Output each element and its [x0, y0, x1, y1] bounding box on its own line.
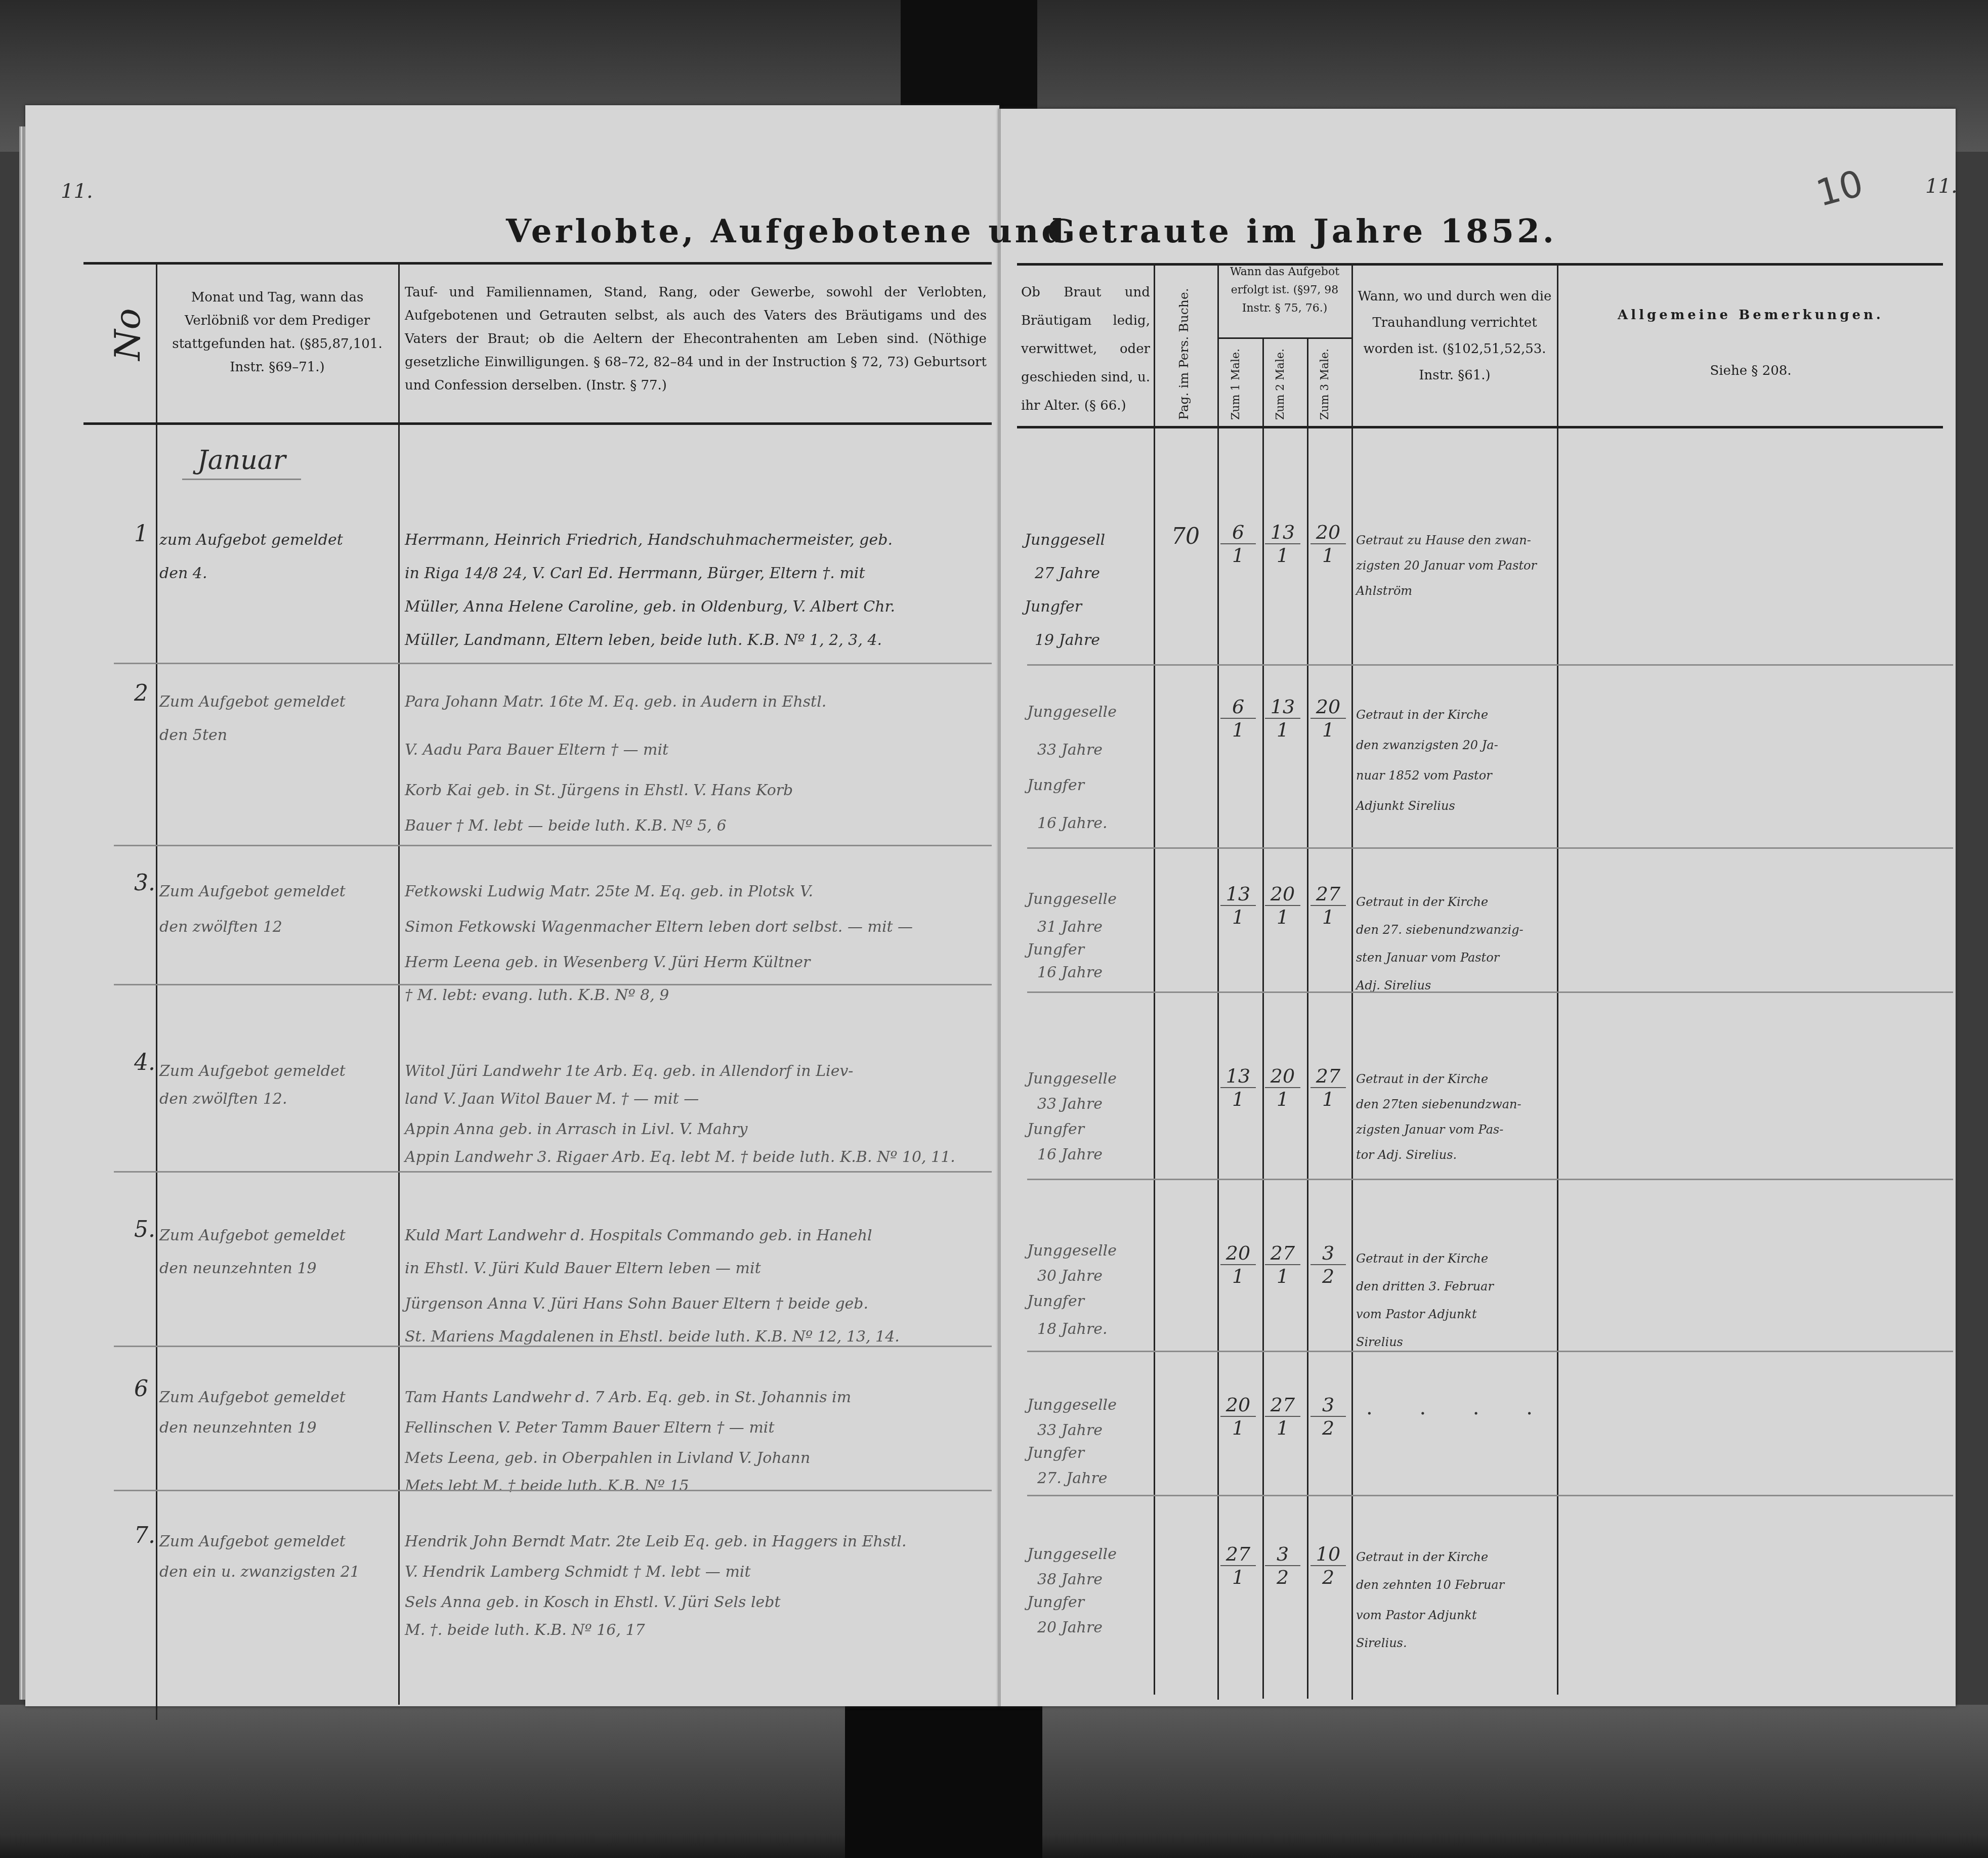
entry-names-line: St. Mariens Magdalenen in Ehstl. beide l… — [405, 1320, 900, 1354]
entry-date-line: Zum Aufgebot gemeldet — [159, 1525, 346, 1559]
header-number: No — [107, 308, 148, 360]
header-betrothal-date: Monat und Tag, wann das Verlöbniß vor de… — [161, 286, 394, 379]
entry-date-line: den 5ten — [159, 719, 227, 752]
entry-banns-3: 201 — [1310, 521, 1346, 567]
entry-date-line: den ein u. zwanzigsten 21 — [159, 1555, 360, 1589]
entry-names-line: V. Hendrik Lamberg Schmidt † M. lebt — m… — [405, 1555, 751, 1589]
entry-banns-1: 271 — [1220, 1543, 1256, 1588]
entry-names-line: Tam Hants Landwehr d. 7 Arb. Eq. geb. in… — [405, 1381, 851, 1414]
entry-names-line: Mets lebt M. † beide luth. K.B. Nº 15 — [405, 1470, 689, 1503]
entry-banns-3: 32 — [1310, 1242, 1346, 1287]
header-banns-group: Wann das Aufgebot erfolgt ist. (§97, 98 … — [1219, 263, 1350, 318]
header-banns-2: Zum 2 Male. — [1274, 349, 1287, 420]
entry-wedding: nuar 1852 vom Pastor — [1356, 759, 1492, 792]
entry-status: 27 Jahre — [1035, 557, 1100, 590]
entry-names-line: M. †. beide luth. K.B. Nº 16, 17 — [405, 1614, 645, 1647]
entry-names-line: Fetkowski Ludwig Matr. 25te M. Eq. geb. … — [405, 875, 813, 909]
book-spine-bottom — [845, 1697, 1042, 1858]
entry-names-line: Müller, Landmann, Eltern leben, beide lu… — [405, 624, 882, 657]
row-separator — [114, 984, 992, 985]
entry-names-line: Appin Landwehr 3. Rigaer Arb. Eq. lebt M… — [405, 1141, 955, 1174]
row-separator — [1027, 991, 1953, 993]
entry-wedding: tor Adj. Sirelius. — [1356, 1138, 1457, 1172]
entry-date-line: zum Aufgebot gemeldet — [159, 524, 343, 557]
entry-date-line: den zwölften 12. — [159, 1083, 287, 1116]
header-bottom-rule-left — [83, 422, 992, 425]
column-divider — [1154, 263, 1155, 1695]
entry-names-line: Kuld Mart Landwehr d. Hospitals Commando… — [405, 1219, 872, 1252]
entry-date-line: den neunzehnten 19 — [159, 1252, 317, 1285]
entry-date-line: den neunzehnten 19 — [159, 1411, 317, 1445]
entry-banns-2: 201 — [1265, 1065, 1300, 1110]
entry-number: 2 — [134, 680, 148, 706]
entry-date-line: den 4. — [159, 557, 207, 590]
entry-status: 18 Jahre. — [1037, 1313, 1108, 1346]
entry-wedding: Adjunkt Sirelius — [1356, 789, 1455, 823]
entry-status: Jungfer — [1027, 769, 1084, 802]
entry-number: 6 — [134, 1376, 148, 1402]
entry-page-ref: 70 — [1171, 524, 1200, 549]
row-separator — [114, 845, 992, 846]
page-title-left: Verlobte, Aufgebotene und — [506, 212, 1067, 250]
column-divider — [156, 263, 157, 1720]
header-page-in-register: Pag. im Pers. Buche. — [1176, 288, 1191, 420]
book-spine-top — [901, 0, 1037, 109]
entry-status: 33 Jahre — [1037, 733, 1103, 767]
entry-date-line: den zwölften 12 — [159, 911, 282, 944]
entry-date-line: Zum Aufgebot gemeldet — [159, 1381, 346, 1414]
header-top-rule-left — [83, 262, 992, 265]
entry-wedding: Getraut in der Kirche — [1356, 698, 1488, 731]
row-separator — [1027, 1179, 1953, 1180]
month-heading: Januar — [182, 445, 301, 480]
banns-group-rule — [1217, 337, 1351, 339]
entry-wedding: Adj. Sirelius — [1356, 969, 1431, 1002]
row-separator — [1027, 847, 1953, 849]
entry-names-line: in Ehstl. V. Jüri Kuld Bauer Eltern lebe… — [405, 1252, 761, 1285]
row-separator — [114, 1171, 992, 1173]
entry-banns-2: 32 — [1265, 1543, 1300, 1588]
column-divider — [1217, 263, 1219, 1700]
entry-banns-3: 32 — [1310, 1394, 1346, 1439]
entry-number: 4. — [134, 1050, 155, 1075]
entry-names-line: land V. Jaan Witol Bauer M. † — mit — — [405, 1083, 699, 1116]
entry-banns-3: 271 — [1310, 883, 1346, 928]
row-separator — [1027, 1351, 1953, 1352]
entry-status: Junggesell — [1025, 524, 1105, 557]
entry-number: 1 — [134, 521, 148, 547]
entry-status: 20 Jahre — [1037, 1611, 1103, 1645]
entry-banns-3: 271 — [1310, 1065, 1346, 1110]
entry-wedding: Sirelius. — [1356, 1626, 1407, 1660]
entry-names-line: Fellinschen V. Peter Tamm Bauer Eltern †… — [405, 1411, 775, 1445]
entry-status: 16 Jahre. — [1037, 807, 1108, 840]
entry-banns-2: 131 — [1265, 696, 1300, 741]
folio-left: 11. — [61, 180, 93, 203]
entry-banns-3: 102 — [1310, 1543, 1346, 1588]
entry-banns-1: 201 — [1220, 1242, 1256, 1287]
header-remarks-ref: Siehe § 208. — [1563, 359, 1938, 382]
header-marital-status: Ob Braut und Bräutigam ledig, verwittwet… — [1021, 278, 1150, 420]
entry-names-line: Simon Fetkowski Wagenmacher Eltern leben… — [405, 911, 913, 944]
entry-number: 7. — [134, 1523, 155, 1548]
entry-status: 19 Jahre — [1035, 624, 1100, 657]
entry-names-line: Jürgenson Anna V. Jüri Hans Sohn Bauer E… — [405, 1287, 868, 1321]
entry-banns-2: 201 — [1265, 883, 1300, 928]
entry-wedding-ditto: . . . . — [1366, 1396, 1553, 1419]
entry-names-line: Müller, Anna Helene Caroline, geb. in Ol… — [405, 590, 895, 624]
entry-wedding: den zwanzigsten 20 Ja- — [1356, 728, 1498, 762]
header-remarks: Allgemeine Bemerkungen. — [1563, 304, 1938, 327]
column-divider — [1557, 263, 1558, 1695]
header-top-rule-right — [1017, 263, 1943, 266]
entry-date-line: Zum Aufgebot gemeldet — [159, 685, 346, 719]
entry-banns-2: 271 — [1265, 1394, 1300, 1439]
entry-banns-1: 201 — [1220, 1394, 1256, 1439]
entry-names-line: Korb Kai geb. in St. Jürgens in Ehstl. V… — [405, 774, 793, 807]
entry-status: Junggeselle — [1027, 696, 1117, 729]
entry-date-line: Zum Aufgebot gemeldet — [159, 1219, 346, 1252]
entry-names-line: Herm Leena geb. in Wesenberg V. Jüri Her… — [405, 946, 810, 979]
entry-names-line: in Riga 14/8 24, V. Carl Ed. Herrmann, B… — [405, 557, 865, 590]
entry-banns-1: 61 — [1220, 521, 1256, 567]
entry-wedding: Ahlström — [1356, 574, 1412, 608]
entry-names-line: Herrmann, Heinrich Friedrich, Handschuhm… — [405, 524, 893, 557]
entry-banns-1: 61 — [1220, 696, 1256, 741]
entry-status: Jungfer — [1025, 590, 1082, 624]
entry-banns-2: 271 — [1265, 1242, 1300, 1287]
entry-date-line: Zum Aufgebot gemeldet — [159, 875, 346, 909]
header-banns-3: Zum 3 Male. — [1319, 349, 1331, 420]
entry-names-line: V. Aadu Para Bauer Eltern † — mit — [405, 733, 668, 767]
book-gutter — [998, 109, 1001, 1706]
entry-banns-2: 131 — [1265, 521, 1300, 567]
row-separator — [1027, 664, 1953, 666]
header-bottom-rule-right — [1017, 426, 1943, 428]
entry-banns-3: 201 — [1310, 696, 1346, 741]
entry-names-line: Bauer † M. lebt — beide luth. K.B. Nº 5,… — [405, 809, 727, 843]
entry-wedding: den zehnten 10 Februar — [1356, 1568, 1504, 1602]
header-wedding: Wann, wo und durch wen die Trauhandlung … — [1356, 283, 1553, 388]
row-separator — [114, 1490, 992, 1491]
row-separator — [1027, 1495, 1953, 1496]
header-banns-1: Zum 1 Male. — [1230, 349, 1242, 420]
entry-status: 16 Jahre — [1037, 1138, 1103, 1172]
header-names: Tauf- und Familiennamen, Stand, Rang, od… — [405, 281, 987, 397]
row-separator — [114, 1346, 992, 1347]
entry-status: 16 Jahre — [1037, 956, 1103, 989]
entry-banns-1: 131 — [1220, 883, 1256, 928]
row-separator — [114, 663, 992, 664]
entry-number: 5. — [134, 1217, 155, 1242]
entry-status: 27. Jahre — [1037, 1462, 1108, 1495]
page-title-right: Getraute im Jahre 1852. — [1047, 212, 1557, 250]
entry-number: 3. — [134, 870, 155, 896]
column-divider — [1351, 263, 1353, 1700]
entry-wedding: Sirelius — [1356, 1325, 1403, 1359]
entry-names-line: Hendrik John Berndt Matr. 2te Leib Eq. g… — [405, 1525, 906, 1559]
entry-names-line: Para Johann Matr. 16te M. Eq. geb. in Au… — [405, 685, 826, 719]
folio-right: 11. — [1925, 175, 1958, 198]
entry-banns-1: 131 — [1220, 1065, 1256, 1110]
